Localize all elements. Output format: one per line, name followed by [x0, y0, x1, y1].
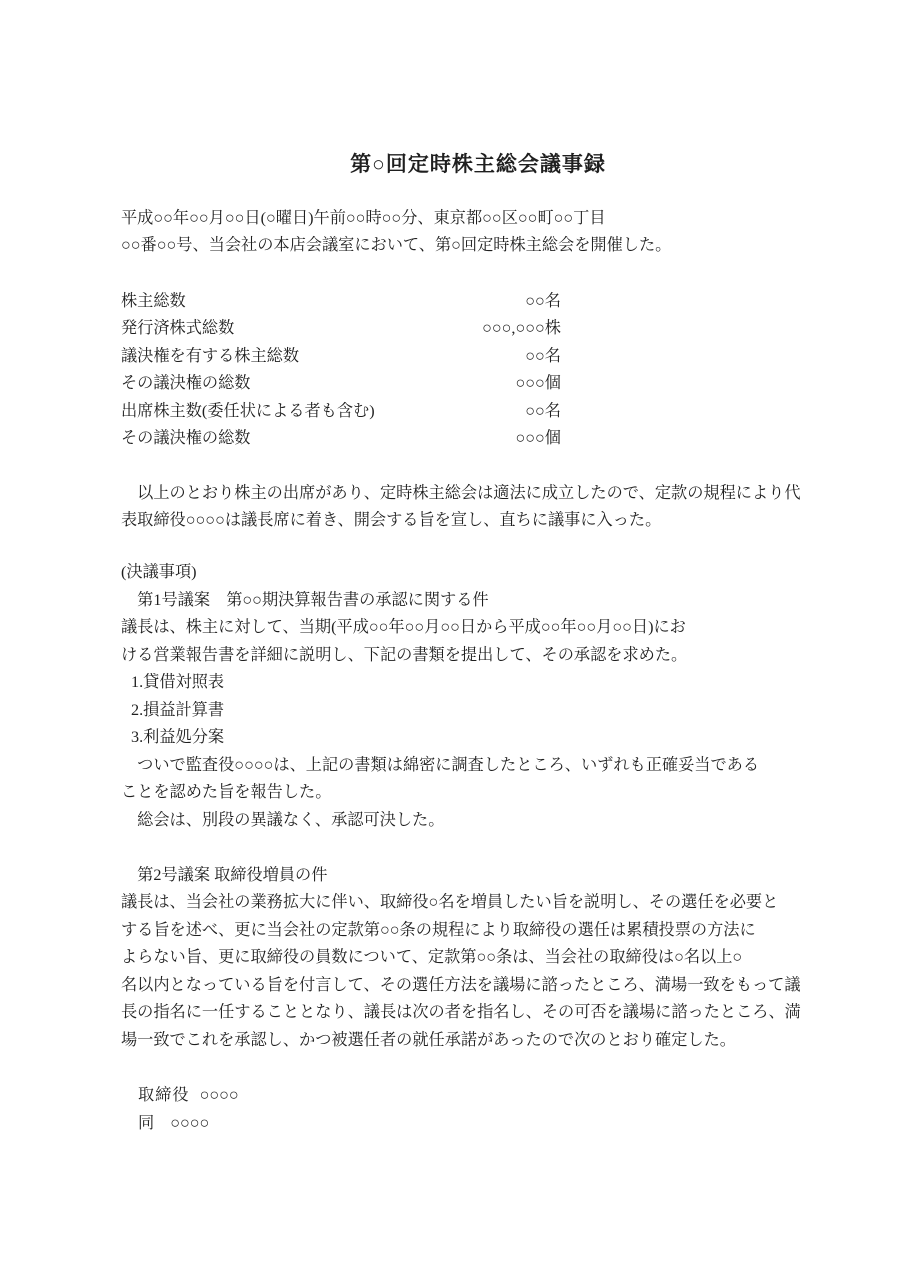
- agenda1-approval: 総会は、別段の異議なく、承認可決した。: [121, 807, 811, 834]
- resolutions-label: (決議事項): [121, 559, 811, 586]
- attendance-label: 議決権を有する株主総数: [121, 343, 299, 370]
- agenda2-section: 第2号議案 取締役増員の件 議長は、当会社の業務拡大に伴い、取締役○名を増員した…: [121, 862, 811, 1054]
- document-page: 第○回定時株主総会議事録 平成○○年○○月○○日(○曜日)午前○○時○○分、東京…: [0, 0, 905, 1280]
- document-content: 第○回定時株主総会議事録 平成○○年○○月○○日(○曜日)午前○○時○○分、東京…: [121, 150, 811, 1137]
- table-row: 株主総数 ○○名: [121, 288, 561, 315]
- attendance-label: 出席株主数(委任状による者も含む): [121, 398, 375, 425]
- attendance-value: ○○名: [525, 288, 561, 315]
- agenda2-body: 議長は、当会社の業務拡大に伴い、取締役○名を増員したい旨を説明し、その選任を必要…: [121, 889, 811, 1054]
- agenda1-body: 議長は、株主に対して、当期(平成○○年○○月○○日から平成○○年○○月○○日)に…: [121, 614, 811, 669]
- opening-paragraph: 平成○○年○○月○○日(○曜日)午前○○時○○分、東京都○○区○○町○○丁目 ○…: [121, 205, 811, 260]
- attendance-value: ○○名: [525, 343, 561, 370]
- convocation-paragraph: 以上のとおり株主の出席があり、定時株主総会は適法に成立したので、定款の規程により…: [121, 480, 811, 535]
- appointee-row: 取締役 ○○○○: [121, 1082, 811, 1109]
- attendance-value: ○○○,○○○株: [482, 315, 561, 342]
- appointee-title: 同: [138, 1110, 154, 1137]
- agenda1-section: (決議事項) 第1号議案 第○○期決算報告書の承認に関する件 議長は、株主に対し…: [121, 559, 811, 834]
- attendance-label: 発行済株式総数: [121, 315, 234, 342]
- attendance-label: その議決権の総数: [121, 370, 251, 397]
- table-row: その議決権の総数 ○○○個: [121, 425, 561, 452]
- attendance-value: ○○○個: [515, 425, 561, 452]
- attendance-label: 株主総数: [121, 288, 186, 315]
- attendance-table: 株主総数 ○○名 発行済株式総数 ○○○,○○○株 議決権を有する株主総数 ○○…: [121, 288, 561, 453]
- attendance-value: ○○○個: [515, 370, 561, 397]
- appointee-name: ○○○○: [200, 1082, 239, 1109]
- agenda1-documents: 1.貸借対照表 2.損益計算書 3.利益処分案: [121, 669, 811, 751]
- page-title: 第○回定時株主総会議事録: [121, 150, 787, 178]
- agenda2-heading: 第2号議案 取締役増員の件: [121, 862, 811, 889]
- table-row: その議決権の総数 ○○○個: [121, 370, 561, 397]
- agenda1-audit-report: ついで監査役○○○○は、上記の書類は綿密に調査したところ、いずれも正確妥当である…: [121, 752, 811, 807]
- table-row: 出席株主数(委任状による者も含む) ○○名: [121, 398, 561, 425]
- table-row: 発行済株式総数 ○○○,○○○株: [121, 315, 561, 342]
- appointee-row: 同 ○○○○: [121, 1110, 811, 1137]
- appointee-name: ○○○○: [170, 1110, 209, 1137]
- attendance-label: その議決権の総数: [121, 425, 251, 452]
- table-row: 議決権を有する株主総数 ○○名: [121, 343, 561, 370]
- appointees-list: 取締役 ○○○○ 同 ○○○○: [121, 1082, 811, 1137]
- attendance-value: ○○名: [525, 398, 561, 425]
- appointee-title: 取締役: [138, 1082, 190, 1109]
- agenda1-heading: 第1号議案 第○○期決算報告書の承認に関する件: [121, 587, 811, 614]
